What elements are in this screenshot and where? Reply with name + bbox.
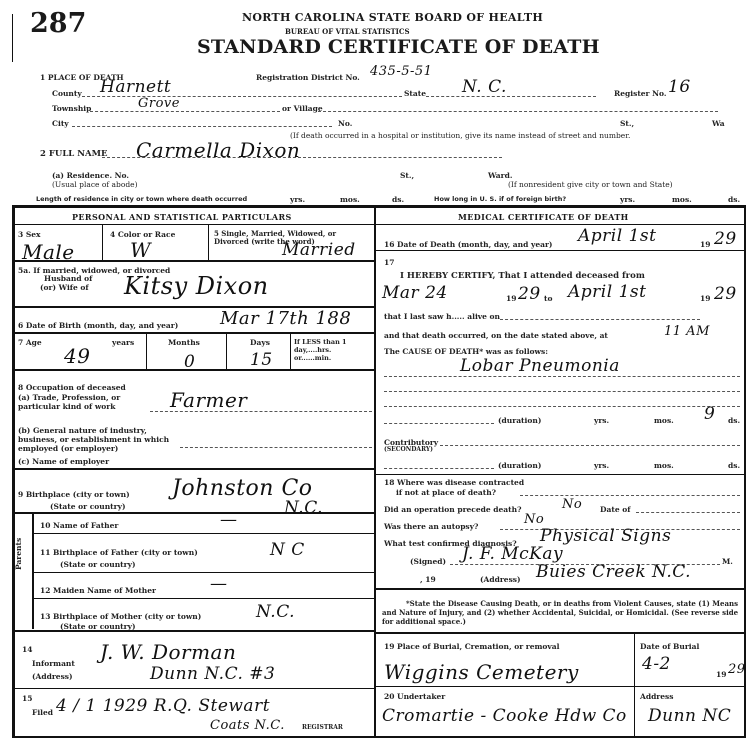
trade-label: (a) Trade, Profession, or particular kin… xyxy=(18,393,158,411)
full-name-label: 2 FULL NAME xyxy=(40,149,108,159)
rule xyxy=(376,224,744,225)
mother-name-label: 12 Maiden Name of Mother xyxy=(40,586,156,595)
days-label: Days xyxy=(250,338,270,347)
informant-label: Informant xyxy=(32,659,75,668)
center-divider xyxy=(374,205,376,737)
certificate-number: 287 xyxy=(30,8,86,39)
duration-days-value: 9 xyxy=(704,404,715,424)
cause-line-1 xyxy=(384,376,740,377)
dob-label: 6 Date of Birth (month, day, and year) xyxy=(18,321,178,330)
top-rule xyxy=(12,205,746,208)
right-border xyxy=(744,205,746,737)
rule xyxy=(34,598,374,599)
rule xyxy=(14,630,374,632)
filed-label: Filed xyxy=(32,708,53,717)
age-days-value: 15 xyxy=(250,350,273,370)
marital-value: Married xyxy=(282,240,356,260)
father-name-label: 10 Name of Father xyxy=(40,521,118,530)
rule xyxy=(14,688,374,689)
duration-label-2: (duration) xyxy=(498,461,541,470)
county-label: County xyxy=(52,89,82,98)
secondary-label: (SECONDARY) xyxy=(384,446,433,453)
township-label: Township xyxy=(52,104,91,113)
rule xyxy=(14,369,374,371)
employer-label: (c) Name of employer xyxy=(18,457,109,466)
last-saw-line xyxy=(500,319,700,320)
informant-address-label: (Address) xyxy=(32,672,73,681)
signed-label: (Signed) xyxy=(410,557,446,566)
burial-label: 19 Place of Burial, Cremation, or remova… xyxy=(384,642,559,651)
undertaker-label: 20 Undertaker xyxy=(384,692,445,701)
cell-divider xyxy=(102,225,103,260)
undertaker-address-label: Address xyxy=(640,692,673,701)
left-arrow-line xyxy=(12,14,13,62)
contracted-label-2: if not at place of death? xyxy=(396,488,496,497)
autopsy-label: Was there an autopsy? xyxy=(384,522,478,531)
father-name-value: — xyxy=(220,510,238,530)
rule xyxy=(14,332,374,334)
cause-value: Lobar Pneumonia xyxy=(460,356,620,376)
age-label: 7 Age xyxy=(18,338,42,347)
industry-label: (b) General nature of industry, business… xyxy=(18,426,188,453)
city-line xyxy=(72,126,332,127)
township-line xyxy=(90,111,280,112)
length-yrs-label: yrs. xyxy=(290,195,305,204)
duration-yrs-label-2: yrs. xyxy=(594,461,609,470)
us-ds-label: ds. xyxy=(728,195,740,204)
page-title: STANDARD CERTIFICATE OF DEATH xyxy=(197,36,600,58)
industry-line xyxy=(180,447,372,448)
dod-label: 16 Date of Death (month, day, and year) xyxy=(384,240,552,249)
register-value: 16 xyxy=(668,77,691,97)
duration-yrs-label: yrs. xyxy=(594,416,609,425)
rule xyxy=(34,533,374,534)
years-label: years xyxy=(112,338,134,347)
rule xyxy=(376,250,744,251)
contracted-label-1: 18 Where was disease contracted xyxy=(384,478,524,487)
signed-value: J. F. McKay xyxy=(462,544,563,564)
rule xyxy=(376,686,744,687)
mother-name-value: — xyxy=(210,574,228,594)
autopsy-value: No xyxy=(524,512,544,527)
to-year-prefix: 19 xyxy=(700,294,710,303)
less-than-day-label: If LESS than 1 day,....hrs. or......min. xyxy=(294,338,370,362)
rule xyxy=(14,260,374,262)
birthplace-label: 9 Birthplace (city or town) xyxy=(18,490,130,499)
reg-district-value: 435-5-51 xyxy=(370,64,432,79)
attended-from-value: Mar 24 xyxy=(382,283,448,303)
burial-value: Wiggins Cemetery xyxy=(384,660,579,684)
how-long-label: How long in U. S. if of foreign birth? xyxy=(434,195,566,203)
mother-birth-label: 13 Birthplace of Mother (city or town) xyxy=(40,612,201,621)
board-title: NORTH CAROLINA STATE BOARD OF HEALTH xyxy=(242,11,543,24)
trade-line xyxy=(150,411,372,412)
village-label: or Village xyxy=(282,104,323,113)
from-year-value: 29 xyxy=(518,284,541,304)
burial-year-value: 29 xyxy=(728,662,746,677)
state-label: State xyxy=(404,89,426,98)
physician-address-value: Buies Creek N.C. xyxy=(536,562,691,582)
occupation-label: 8 Occupation of deceased xyxy=(18,383,126,392)
address-label: (Address) xyxy=(480,575,521,584)
medical-section-title: MEDICAL CERTIFICATE OF DEATH xyxy=(458,212,629,222)
birthplace-state-value: N.C. xyxy=(284,498,323,518)
certify-label: I HEREBY CERTIFY, That I attended deceas… xyxy=(400,271,645,281)
us-mos-label: mos. xyxy=(672,195,692,204)
date-of-label: Date of xyxy=(600,505,630,514)
bottom-rule xyxy=(12,736,746,738)
race-value: W xyxy=(130,238,151,262)
nonresident-note: (If nonresident give city or town and St… xyxy=(508,180,673,189)
state-value: N. C. xyxy=(462,77,507,97)
hospital-note: (If death occurred in a hospital or inst… xyxy=(290,131,630,140)
father-birth-value: N C xyxy=(270,540,305,560)
spouse-label-2: Husband of xyxy=(44,274,92,283)
signed-year-label: , 19 xyxy=(420,575,436,584)
length-of-residence-label: Length of residence in city or town wher… xyxy=(36,195,247,203)
bureau-title: BUREAU OF VITAL STATISTICS xyxy=(285,27,410,36)
st-label: St., xyxy=(620,119,634,128)
village-line xyxy=(318,111,718,112)
filed-number: 15 xyxy=(22,694,32,703)
undertaker-address-value: Dunn NC xyxy=(648,706,731,726)
cell-divider xyxy=(208,225,209,260)
date-of-line xyxy=(636,512,740,513)
occurred-label: and that death occurred, on the date sta… xyxy=(384,331,608,340)
duration-ds-label: ds. xyxy=(728,416,740,425)
dod-value: April 1st xyxy=(578,226,656,246)
cell-divider xyxy=(290,333,291,369)
rule xyxy=(14,224,374,225)
full-name-value: Carmella Dixon xyxy=(136,138,300,162)
attended-to-value: April 1st xyxy=(568,282,646,302)
duration-line xyxy=(384,423,494,424)
personal-section-title: PERSONAL AND STATISTICAL PARTICULARS xyxy=(72,212,292,222)
cell-divider xyxy=(146,333,147,369)
rule xyxy=(34,572,374,573)
burial-date-label: Date of Burial xyxy=(640,642,699,651)
township-value: Grove xyxy=(138,96,180,111)
father-birth-state-label: (State or country) xyxy=(60,560,136,569)
duration-label: (duration) xyxy=(498,416,541,425)
residence-label: (a) Residence. No. xyxy=(52,171,129,180)
rule xyxy=(14,512,374,514)
from-year-prefix: 19 xyxy=(506,294,516,303)
cell-divider xyxy=(226,333,227,369)
dob-value: Mar 17th 188 xyxy=(220,308,351,329)
ward-label: Wa xyxy=(712,119,725,128)
cell-divider xyxy=(634,633,635,736)
test-value: Physical Signs xyxy=(540,526,671,546)
spouse-label-3: (or) Wife of xyxy=(40,283,89,292)
cause-line-2 xyxy=(384,391,740,392)
parents-divider xyxy=(32,513,34,629)
to-label: to xyxy=(544,294,552,303)
duration-line-2 xyxy=(384,468,494,469)
duration-ds-label-2: ds. xyxy=(728,461,740,470)
residence-ward-label: Ward. xyxy=(488,171,512,180)
burial-date-value: 4-2 xyxy=(642,654,671,674)
rule xyxy=(14,468,374,470)
informant-address-value: Dunn N.C. #3 xyxy=(150,664,275,684)
operation-label: Did an operation precede death? xyxy=(384,505,521,514)
duration-mos-label-2: mos. xyxy=(654,461,674,470)
register-label: Register No. xyxy=(614,89,666,98)
footnote: *State the Disease Causing Death, or in … xyxy=(382,599,740,626)
county-value: Harnett xyxy=(100,77,171,97)
to-year-value: 29 xyxy=(714,284,737,304)
us-yrs-label: yrs. xyxy=(620,195,635,204)
spouse-value: Kitsy Dixon xyxy=(124,272,269,300)
duration-mos-label: mos. xyxy=(654,416,674,425)
rule xyxy=(376,632,744,634)
length-mos-label: mos. xyxy=(340,195,360,204)
rule xyxy=(376,588,744,590)
no-label: No. xyxy=(338,119,352,128)
dod-year-value: 29 xyxy=(714,229,737,249)
left-border xyxy=(12,205,15,737)
last-saw-label: that I last saw h..... alive on xyxy=(384,312,500,321)
months-label: Months xyxy=(168,338,200,347)
length-ds-label: ds. xyxy=(392,195,404,204)
sex-label: 3 Sex xyxy=(18,230,41,239)
state-line xyxy=(426,96,596,97)
contributory-line xyxy=(440,445,740,446)
cause-label: The CAUSE OF DEATH* was as follows: xyxy=(384,347,548,356)
trade-value: Farmer xyxy=(170,388,247,412)
item-17-number: 17 xyxy=(384,258,394,267)
informant-value: J. W. Dorman xyxy=(100,640,236,664)
reg-district-label: Registration District No. xyxy=(256,73,360,82)
age-years-value: 49 xyxy=(64,344,90,368)
filed-value: 4 / 1 1929 R.Q. Stewart xyxy=(56,696,270,716)
residence-st-label: St., xyxy=(400,171,414,180)
city-label: City xyxy=(52,119,69,128)
birthplace-state-label: (State or country) xyxy=(50,502,126,511)
undertaker-value: Cromartie - Cooke Hdw Co xyxy=(382,706,627,726)
cause-line-3 xyxy=(384,406,740,407)
filed-address-value: Coats N.C. xyxy=(210,718,285,733)
mother-birth-value: N.C. xyxy=(256,602,295,622)
father-birth-label: 11 Birthplace of Father (city or town) xyxy=(40,548,198,557)
m-label: M. xyxy=(722,557,733,566)
registrar-label: REGISTRAR xyxy=(302,724,343,731)
time-of-death-value: 11 AM xyxy=(664,324,710,339)
rule xyxy=(376,474,744,475)
usual-abode-label: (Usual place of abode) xyxy=(52,180,138,189)
operation-value: No xyxy=(562,497,582,512)
informant-number: 14 xyxy=(22,645,32,654)
burial-year-prefix: 19 xyxy=(716,670,726,679)
contracted-line xyxy=(520,495,740,496)
dod-year-prefix: 19 xyxy=(700,240,710,249)
parents-label: Parents xyxy=(14,538,23,570)
